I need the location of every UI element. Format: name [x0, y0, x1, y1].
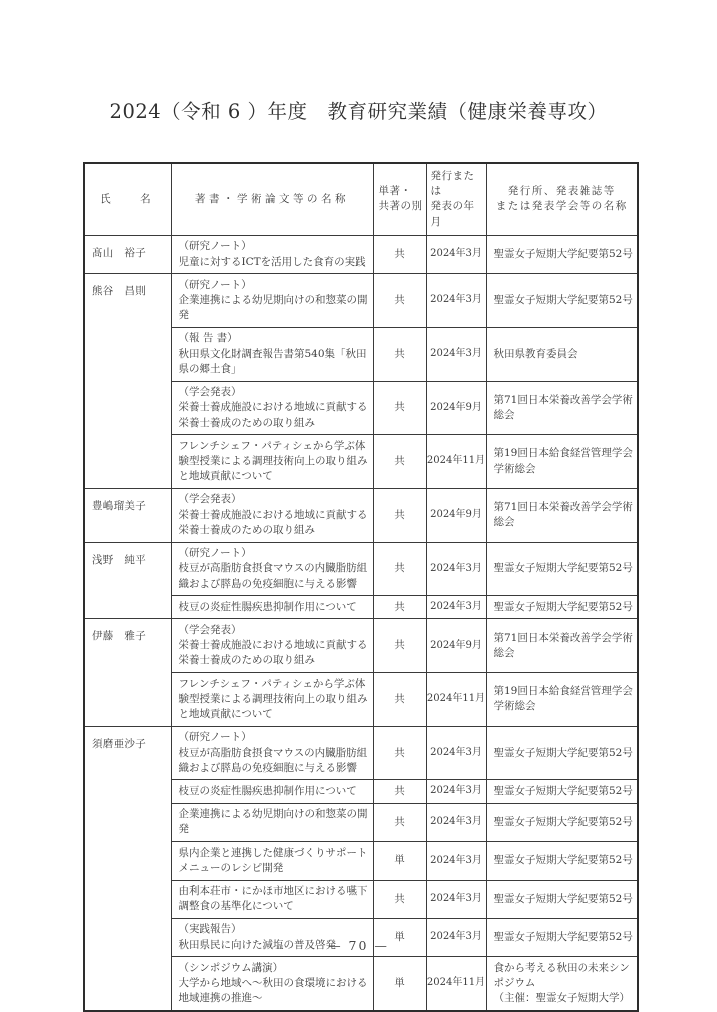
publisher-cell: 食から考える秋田の未来シンポジウム （主催：聖霊女子短期大学）	[486, 957, 638, 1011]
author-name: 熊谷 昌則	[84, 274, 171, 489]
auth-cell: 共	[373, 673, 426, 727]
page-number: — 70 —	[0, 938, 717, 953]
work-cell: （研究ノート） 枝豆が高脂肪食摂食マウスの内臓脂肪組織および膵島の免疫細胞に与え…	[171, 542, 373, 596]
publisher-cell: 聖霊女子短期大学紀要第52号	[486, 880, 638, 918]
publisher-cell: 聖霊女子短期大学紀要第52号	[486, 274, 638, 328]
achievements-table-wrap: 氏 名 著書・学術論文等の名称 単著・ 共著の別 発行または 発表の年月 発行所…	[83, 162, 637, 1012]
work-cell: （学会発表） 栄養士養成施設における地域に貢献する栄養士養成のための取り組み	[171, 488, 373, 542]
auth-cell: 共	[373, 619, 426, 673]
auth-cell: 単	[373, 842, 426, 880]
page-title: 2024（令和 6 ）年度 教育研究業績（健康栄養専攻）	[0, 96, 717, 124]
header-publisher: 発行所、発表雑誌等 または発表学会等の名称	[486, 163, 638, 235]
publisher-cell: 第71回日本栄養改善学会学術総会	[486, 619, 638, 673]
publisher-cell: 聖霊女子短期大学紀要第52号	[486, 235, 638, 273]
auth-cell: 共	[373, 235, 426, 273]
auth-cell: 共	[373, 803, 426, 841]
date-cell: 2024年11月	[426, 957, 486, 1011]
date-cell: 2024年3月	[426, 880, 486, 918]
header-authorship: 単著・ 共著の別	[373, 163, 426, 235]
auth-cell: 共	[373, 726, 426, 780]
date-cell: 2024年11月	[426, 673, 486, 727]
date-cell: 2024年3月	[426, 327, 486, 381]
auth-cell: 単	[373, 957, 426, 1011]
auth-cell: 共	[373, 596, 426, 619]
achievements-table: 氏 名 著書・学術論文等の名称 単著・ 共著の別 発行または 発表の年月 発行所…	[83, 162, 639, 1012]
author-name: 豊嶋瑠美子	[84, 488, 171, 542]
date-cell: 2024年3月	[426, 274, 486, 328]
auth-cell: 共	[373, 780, 426, 803]
author-name: 須磨亜沙子	[84, 726, 171, 1011]
table-row: 伊藤 雅子（学会発表） 栄養士養成施設における地域に貢献する栄養士養成のための取…	[84, 619, 638, 673]
auth-cell: 共	[373, 327, 426, 381]
auth-cell: 共	[373, 435, 426, 489]
author-name: 髙山 裕子	[84, 235, 171, 273]
auth-cell: 共	[373, 274, 426, 328]
work-cell: （研究ノート） 児童に対するICTを活用した食育の実践	[171, 235, 373, 273]
auth-cell: 共	[373, 880, 426, 918]
work-cell: （シンポジウム講演） 大学から地域へ～秋田の食環境における地域連携の推進～	[171, 957, 373, 1011]
publisher-cell: 聖霊女子短期大学紀要第52号	[486, 726, 638, 780]
date-cell: 2024年3月	[426, 780, 486, 803]
publisher-cell: 聖霊女子短期大学紀要第52号	[486, 780, 638, 803]
table-row: 浅野 純平（研究ノート） 枝豆が高脂肪食摂食マウスの内臓脂肪組織および膵島の免疫…	[84, 542, 638, 596]
publisher-cell: 第71回日本栄養改善学会学術総会	[486, 488, 638, 542]
work-cell: 枝豆の炎症性腸疾患抑制作用について	[171, 780, 373, 803]
results-table-body: 髙山 裕子（研究ノート） 児童に対するICTを活用した食育の実践共2024年3月…	[84, 235, 638, 1011]
date-cell: 2024年9月	[426, 381, 486, 435]
auth-cell: 共	[373, 381, 426, 435]
date-cell: 2024年9月	[426, 619, 486, 673]
date-cell: 2024年11月	[426, 435, 486, 489]
work-cell: 企業連携による幼児期向けの和惣菜の開発	[171, 803, 373, 841]
table-header-row: 氏 名 著書・学術論文等の名称 単著・ 共著の別 発行または 発表の年月 発行所…	[84, 163, 638, 235]
work-cell: （学会発表） 栄養士養成施設における地域に貢献する栄養士養成のための取り組み	[171, 619, 373, 673]
date-cell: 2024年3月	[426, 542, 486, 596]
publisher-cell: 第71回日本栄養改善学会学術総会	[486, 381, 638, 435]
header-name: 氏 名	[84, 163, 171, 235]
date-cell: 2024年3月	[426, 596, 486, 619]
work-cell: （研究ノート） 企業連携による幼児期向けの和惣菜の開発	[171, 274, 373, 328]
table-row: 熊谷 昌則（研究ノート） 企業連携による幼児期向けの和惣菜の開発共2024年3月…	[84, 274, 638, 328]
work-cell: （研究ノート） 枝豆が高脂肪食摂食マウスの内臓脂肪組織および膵島の免疫細胞に与え…	[171, 726, 373, 780]
work-cell: 県内企業と連携した健康づくりサポートメニューのレシピ開発	[171, 842, 373, 880]
author-name: 伊藤 雅子	[84, 619, 171, 726]
header-date: 発行または 発表の年月	[426, 163, 486, 235]
table-row: 須磨亜沙子（研究ノート） 枝豆が高脂肪食摂食マウスの内臓脂肪組織および膵島の免疫…	[84, 726, 638, 780]
publisher-cell: 第19回日本給食経営管理学会学術総会	[486, 673, 638, 727]
publisher-cell: 第19回日本給食経営管理学会学術総会	[486, 435, 638, 489]
auth-cell: 共	[373, 488, 426, 542]
table-row: 髙山 裕子（研究ノート） 児童に対するICTを活用した食育の実践共2024年3月…	[84, 235, 638, 273]
work-cell: 枝豆の炎症性腸疾患抑制作用について	[171, 596, 373, 619]
date-cell: 2024年3月	[426, 235, 486, 273]
publisher-cell: 聖霊女子短期大学紀要第52号	[486, 596, 638, 619]
work-cell: （学会発表） 栄養士養成施設における地域に貢献する栄養士養成のための取り組み	[171, 381, 373, 435]
publisher-cell: 秋田県教育委員会	[486, 327, 638, 381]
work-cell: フレンチシェフ・パティシェから学ぶ体験型授業による調理技術向上の取り組みと地域貢…	[171, 673, 373, 727]
work-cell: 由利本荘市・にかほ市地区における嚥下調整食の基準化について	[171, 880, 373, 918]
date-cell: 2024年3月	[426, 726, 486, 780]
publisher-cell: 聖霊女子短期大学紀要第52号	[486, 542, 638, 596]
document-page: 2024（令和 6 ）年度 教育研究業績（健康栄養専攻） 氏 名 著書・学術論文…	[0, 0, 717, 1012]
date-cell: 2024年3月	[426, 803, 486, 841]
date-cell: 2024年9月	[426, 488, 486, 542]
publisher-cell: 聖霊女子短期大学紀要第52号	[486, 803, 638, 841]
header-work-title: 著書・学術論文等の名称	[171, 163, 373, 235]
work-cell: フレンチシェフ・パティシェから学ぶ体験型授業による調理技術向上の取り組みと地域貢…	[171, 435, 373, 489]
work-cell: （報 告 書） 秋田県文化財調査報告書第540集「秋田県の郷土食」	[171, 327, 373, 381]
table-row: 豊嶋瑠美子（学会発表） 栄養士養成施設における地域に貢献する栄養士養成のための取…	[84, 488, 638, 542]
date-cell: 2024年3月	[426, 842, 486, 880]
author-name: 浅野 純平	[84, 542, 171, 619]
auth-cell: 共	[373, 542, 426, 596]
publisher-cell: 聖霊女子短期大学紀要第52号	[486, 842, 638, 880]
